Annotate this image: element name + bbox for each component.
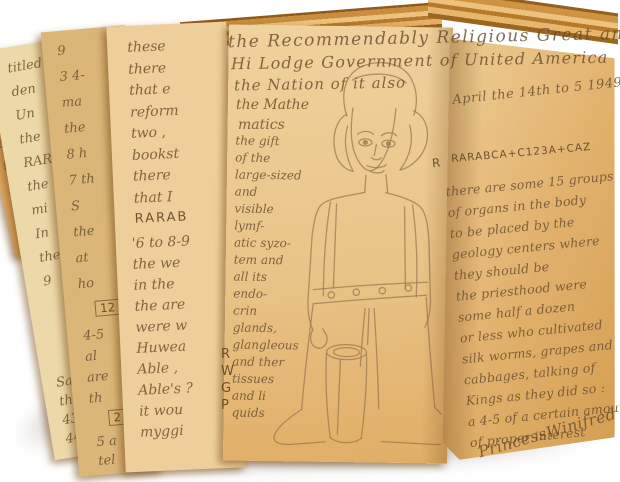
handwriting-line: there [128,57,177,81]
handwriting-line: glangleous [232,337,299,355]
margin-capital: G [221,380,234,397]
boxed-number: 12 [94,299,121,317]
handwriting-line: tissues [232,371,299,389]
handwriting-line: endo- [233,286,300,304]
handwriting-line: bookst [132,143,181,167]
handwriting-line: were w [135,315,194,339]
handwriting-line: S [70,192,98,220]
handwriting-line: it wou [139,399,198,423]
header-line-5: matics [238,117,285,133]
handwriting-fragments: '6 to 8-9the wein thethe arewere wHuweaA… [131,231,198,443]
handwriting-line: the are [134,294,193,318]
printed-caps-line: RARAB [134,209,188,226]
handwriting-line: tel [98,450,120,471]
margin-capitals: RWGP [221,346,234,414]
handwriting-line: large-sized [235,167,302,185]
handwriting-line: reform [130,100,179,124]
handwriting-line: of the [235,150,302,168]
margin-capital: P [221,397,234,414]
handwriting-line: quids [232,405,299,423]
booklet-photo: thanA AththMRA titleddenUntheRARthemiInt… [0,0,620,482]
handwriting-line: Able's ? [138,378,197,402]
handwriting-line: glands, [233,320,300,338]
handwriting-line: and ther [232,354,299,372]
handwriting-line: at [74,244,102,272]
handwriting-line: ho [77,270,105,298]
handwriting-line: 8 h [65,141,93,169]
handwriting-fragments: thesetherethat ereformtwo ,bookstthereth… [127,36,183,210]
handwriting-line: myggi [140,420,199,444]
margin-capital: W [221,363,234,380]
handwriting-line: crin [233,303,300,321]
handwriting-line: there [132,165,181,189]
handwriting-line: in the [133,273,192,297]
handwriting-line: and li [232,388,299,406]
handwriting-fragments: 93 4-mathe8 h7 thStheatho [56,37,105,298]
handwriting-fragments: 5 atel [96,431,119,471]
handwriting-line: lymf- [234,218,301,236]
handwriting-line: visible [234,201,301,219]
handwriting-line: 3 4- [59,63,87,91]
handwriting-line: are [86,366,109,389]
margin-capital: R [431,156,441,171]
handwriting-line: th [88,387,111,410]
handwriting-line: tem and [234,252,301,270]
handwriting-line: two , [131,122,180,146]
handwriting-fragments: 4-5alareth [82,324,111,410]
handwriting-line: atic syzo- [234,235,301,253]
handwriting-line: 4-5 [82,324,105,347]
handwriting-line: 5 a [96,431,118,452]
handwriting-line: that I [133,186,182,210]
girl-torso [307,174,432,350]
handwriting-line: 7 th [68,166,96,194]
header-line-3: the Nation of it also [234,73,406,94]
margin-capital: R [221,346,234,363]
handwriting-line: ma [61,89,89,117]
handwriting-line: the [63,115,91,143]
header-line-4: the Mathe [236,97,309,113]
handwriting-line: al [84,345,107,368]
girl-face [351,108,397,173]
handwriting-column: the giftof thelarge-sizedandvisiblelymf-… [232,133,303,423]
handwriting-line: '6 to 8-9 [131,231,190,255]
handwriting-line: and [235,184,302,202]
handwriting-line: the gift [235,133,302,151]
handwriting-line: the [72,218,100,246]
handwriting-line: 9 [56,37,84,65]
handwriting-line: the we [132,252,191,276]
handwriting-line: Huwea [136,336,195,360]
handwriting-line: all its [233,269,300,287]
handwriting-line: these [127,36,176,60]
handwriting-line: that e [129,79,178,103]
handwriting-line: Able , [137,357,196,381]
